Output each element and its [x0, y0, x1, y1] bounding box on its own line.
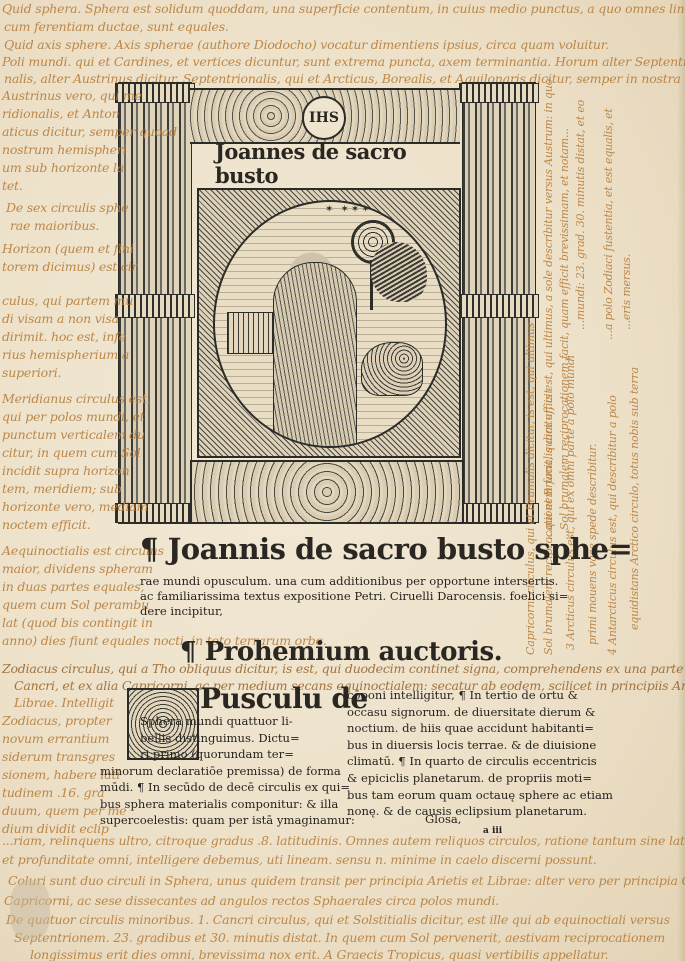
annotation-line: qui per polos mundi, et	[2, 408, 145, 425]
text-line: bus sphera materialis componitur: & illa	[100, 796, 340, 813]
glosa-label: Glosa,	[425, 812, 462, 826]
prohemium-heading: ¶ Prohemium auctoris.	[180, 638, 502, 666]
annotation-line: Septentrionem. 23. gradibus et 30. minut…	[14, 929, 665, 946]
annotation-line: Capricorni, ac sese dissecantes ad angul…	[4, 892, 499, 909]
book-headline: ¶ Joannis de sacro busto sphe=	[140, 533, 632, 565]
text-line: supercoelestis: quam per istā ymaginamur…	[100, 812, 340, 829]
tree-icon	[371, 242, 427, 302]
right-text-column: cōponi intelligitur, ¶ In tertio de ortu…	[347, 687, 572, 820]
annotation-line: rius hemispherium a	[2, 346, 129, 363]
annotation-line: citur, in quem cum Sol	[2, 444, 140, 461]
annotation-line: rae maioribus.	[10, 217, 99, 234]
text-line: Sphera mundi quattuor li-	[140, 713, 340, 730]
annotation-line: Quid sphera. Sphera est solidum quoddam,…	[2, 0, 685, 17]
stars-icon: ✶ ✶✶✶✶	[325, 204, 382, 215]
left-text-column: Sphera mundi quattuor li- bellis disting…	[140, 713, 340, 829]
opening-word: Pusculu de	[200, 684, 368, 714]
annotation-line: noctem efficit.	[2, 516, 90, 533]
headline-subtitle: rae mundi opusculum. una cum additionibu…	[140, 574, 550, 619]
annotation-line: equidistans Arctico circulo, totus nobis…	[626, 367, 643, 630]
text-line: bus in diuersis locis terrae. & de diuis…	[347, 737, 572, 754]
town-icon	[227, 312, 273, 354]
text-line: minorum declaratiōe premissa) de forma	[100, 763, 340, 780]
annotation-line: novum errantium	[2, 730, 109, 747]
headline-text: Joannis de sacro busto sphe=	[168, 532, 633, 566]
annotation-line: et profunditate omni, intelligere debemu…	[2, 851, 597, 868]
annotation-line: tem, meridiem; sub	[2, 480, 122, 497]
text-line: occasu signorum. de diuersitate dierum &	[347, 704, 572, 721]
annotation-line: nalis, alter Austrinus dicitur. Septentr…	[4, 70, 685, 87]
text-line: climatū. ¶ In quarto de circulis eccentr…	[347, 753, 572, 770]
annotation-line: torem dicimus) est cir	[2, 258, 137, 275]
annotation-line: siderum transgres	[2, 748, 115, 765]
text-line: cōponi intelligitur, ¶ In tertio de ortu…	[347, 687, 572, 704]
annotation-line: maior, dividens spheram	[2, 560, 153, 577]
title-line-1: Joannes de sacro busto	[215, 140, 455, 188]
annotation-line: Meridianus circulus est,	[2, 390, 151, 407]
annotation-line: superiori.	[2, 364, 61, 381]
annotation-line: ...mundi: 23. grad. 30. minutis distat, …	[572, 100, 589, 330]
roundel-scene: ✶ ✶✶✶✶	[213, 200, 447, 448]
portrait-woodcut: ✶ ✶✶✶✶	[197, 188, 461, 458]
annotation-line: nostrum hemispheri	[2, 141, 126, 158]
annotation-line: ...a polo Zodiaci fustentia, et est equa…	[600, 108, 617, 340]
annotation-line: um sub horizonte la	[2, 159, 124, 176]
annotation-line: in duas partes equales,	[2, 578, 144, 595]
annotation-line: Austrinus vero, qui me	[2, 87, 142, 104]
annotation-line: horizonte vero, mediam	[2, 498, 148, 515]
annotation-line: Coluri sunt duo circuli in Sphera, unus …	[8, 872, 685, 889]
annotation-line: tet.	[2, 177, 23, 194]
annotation-line: tudinem .16. gra	[2, 784, 104, 801]
page-edge	[677, 0, 685, 961]
ihs-monogram: IHS	[302, 96, 346, 140]
annotation-line: Quid axis sphere. Axis spherae (authore …	[4, 36, 609, 53]
annotation-line: culus, qui partem mu	[2, 292, 133, 309]
text-line: bellis distinguimus. Dictu=	[140, 730, 340, 747]
text-line: noctium. de hiis quae accidunt habitanti…	[347, 720, 572, 737]
lion-icon	[361, 342, 423, 396]
annotation-line: punctum verticalem du	[2, 426, 145, 443]
text-line: ri primo (quorundam ter=	[140, 746, 340, 763]
annotation-line: De sex circulis sphe	[6, 199, 129, 216]
annotation-line: di visam a non visa	[2, 310, 119, 327]
text-line: & epiciclis planetarum. de propriis moti…	[347, 770, 572, 787]
text-line: mūdi. ¶ In secūdo de decē circulis ex qu…	[100, 779, 340, 796]
text-line: bus tam eorum quam octauę sphere ac etia…	[347, 787, 572, 804]
annotation-line: dirimit. hoc est, infe	[2, 328, 126, 345]
annotation-line: longissimus erit dies omni, brevissima n…	[30, 946, 608, 961]
annotation-line: ridionalis, et Anton	[2, 105, 119, 122]
subtitle-line: ac familiarissima textus expositione Pet…	[140, 589, 550, 604]
annotation-line: 3 Arcticus circulus est, qui ex omni par…	[562, 355, 579, 650]
annotation-line: ...eris mersus.	[618, 254, 635, 330]
annotation-line: ...riam, relinquens ultro, citroque grad…	[2, 832, 685, 849]
subtitle-line: rae mundi opusculum. una cum additionibu…	[140, 574, 550, 589]
annotation-line: Zodiacus, propter	[2, 712, 112, 729]
floral-border	[190, 460, 464, 524]
annotation-line: 4 Antarcticus circulus est, qui describi…	[604, 395, 621, 655]
annotation-line: cum ferentiam ductae, sunt equales.	[4, 18, 229, 35]
pilcrow-icon: ¶	[140, 532, 158, 566]
annotation-line: Horizon (quem et fini	[2, 240, 134, 257]
annotation-line: aticus dicitur, semper quoad	[2, 123, 177, 140]
subtitle-line: dere incipitur,	[140, 604, 550, 619]
annotation-line: Librae. Intelligit	[14, 694, 114, 711]
prohemium-title: Prohemium auctoris.	[205, 637, 503, 667]
annotation-line: incidit supra horizon	[2, 462, 129, 479]
paper-stain	[10, 880, 50, 940]
annotation-line: Poli mundi. qui et Cardines, et vertices…	[2, 53, 685, 70]
pilcrow-icon: ¶	[180, 637, 196, 667]
annotation-line: lat (quod bis contingit in	[2, 614, 153, 631]
annotation-line: De quatuor circulis minoribus. 1. Cancri…	[6, 911, 670, 928]
scholar-figure	[273, 262, 357, 448]
foliage-banner: IHS	[190, 88, 460, 144]
annotation-line: quem cum Sol perambu	[2, 596, 149, 613]
